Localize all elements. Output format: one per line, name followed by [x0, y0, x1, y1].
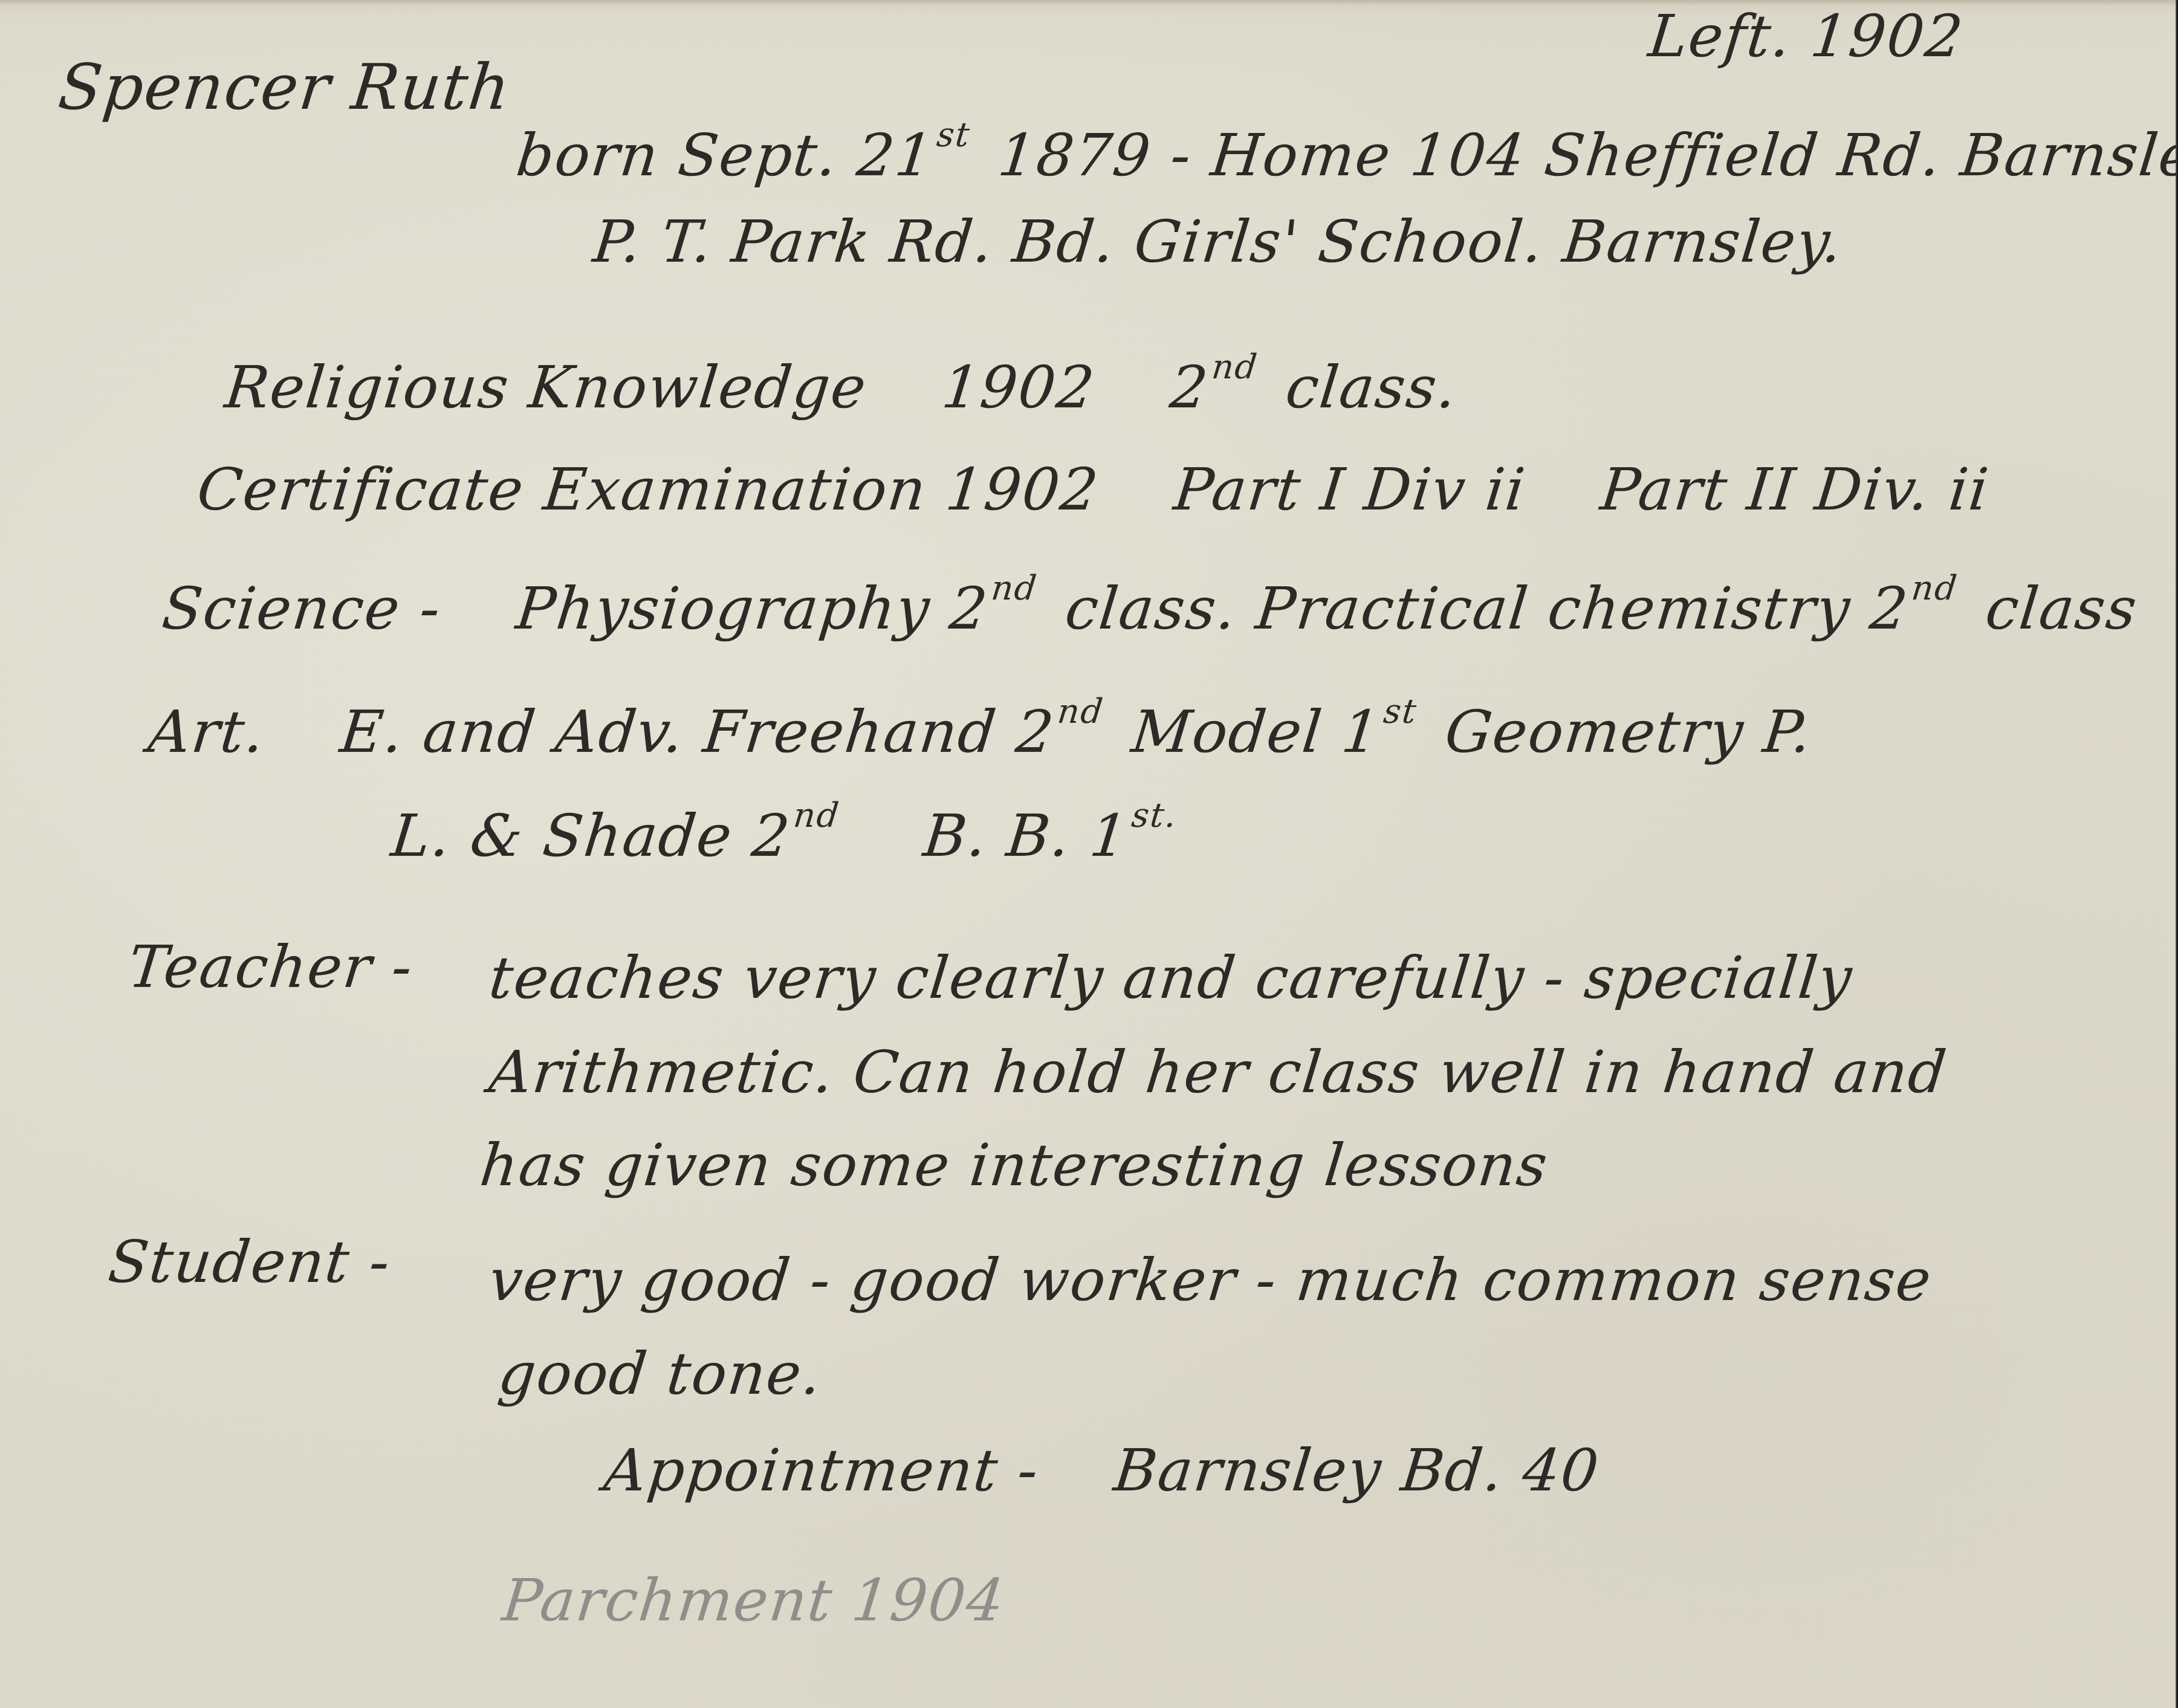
parchment-line: Parchment 1904 [500, 1571, 1008, 1629]
certificate-exam-year: 1902 [942, 456, 1102, 523]
left-label: Left. [1645, 2, 1795, 70]
student-comment-2-text: good tone. [495, 1340, 825, 1408]
science-subject1-grade-text: class. [1062, 575, 1240, 642]
art-model-grade-num: 1 [1338, 698, 1384, 766]
certificate-exam-label: Certificate Examination [194, 456, 930, 523]
art-freehand-grade-num: 2 [1013, 698, 1058, 766]
right-scan-border [2176, 0, 2178, 1708]
teacher-label: Teacher - [126, 938, 416, 996]
left-year: 1902 [1807, 2, 1967, 70]
teacher-comment-line-3: has given some interesting lessons [478, 1136, 1551, 1194]
art-bb-grade-suffix: st. [1130, 796, 1179, 835]
art-shade: L. & Shade [388, 802, 736, 870]
student-comment-line-2: good tone. [496, 1345, 825, 1403]
left-date: Left. 1902 [1646, 7, 1966, 65]
science-subject2: Practical chemistry [1253, 575, 1854, 642]
appointment-line: Appointment - Barnsley Bd. 40 [601, 1441, 1603, 1499]
teacher-comment-line-2: Arithmetic. Can hold her class well in h… [487, 1043, 1950, 1101]
parchment-year: 1904 [849, 1567, 1008, 1634]
art-geometry: Geometry P. [1442, 698, 1815, 766]
home-address: 104 Sheffield Rd. Barnsley [1407, 121, 2178, 189]
religious-knowledge-label: Religious Knowledge [222, 354, 870, 421]
art-shade-grade-num: 2 [749, 802, 794, 870]
teacher-comment-2-text: Arithmetic. Can hold her class well in h… [486, 1038, 1950, 1106]
teacher-label-text: Teacher - [125, 933, 416, 1001]
school-text: P. T. Park Rd. Bd. Girls' School. Barnsl… [590, 208, 1846, 276]
appointment-value: Barnsley Bd. 40 [1111, 1437, 1603, 1504]
science-subject1-grade-num: 2 [947, 575, 992, 642]
religious-knowledge-line: Religious Knowledge 1902 2nd class. [222, 351, 1461, 416]
birth-year: 1879 - [995, 121, 1195, 189]
appointment-label: Appointment - [601, 1437, 1042, 1504]
teacher-comment-3-text: has given some interesting lessons [477, 1131, 1551, 1199]
science-subject2-grade-suffix: nd [1910, 569, 1960, 608]
art-shade-grade-suffix: nd [792, 796, 842, 835]
teacher-comment-1-text: teaches very clearly and carefully - spe… [486, 944, 1856, 1012]
certificate-exam-line: Certificate Examination 1902 Part I Div … [195, 461, 1992, 519]
student-comment-1-text: very good - good worker - much common se… [486, 1246, 1935, 1314]
art-model-grade-suffix: st [1381, 692, 1419, 731]
art-model: Model [1129, 698, 1326, 766]
birth-date-suffix: st [935, 115, 972, 155]
record-card-page: Spencer Ruth Left. 1902 born Sept. 21st … [0, 0, 2178, 1708]
art-line-1: Art. E. and Adv. Freehand 2nd Model 1st … [146, 695, 1816, 761]
science-subject2-grade-num: 2 [1867, 575, 1912, 642]
science-line: Science - Physiography 2nd class. Practi… [160, 572, 2141, 638]
religious-knowledge-year: 1902 [939, 354, 1098, 421]
student-label-text: Student - [105, 1228, 394, 1296]
home-label: Home [1208, 121, 1395, 189]
student-name: Spencer Ruth [56, 56, 514, 118]
art-bb-grade-num: 1 [1087, 802, 1132, 870]
student-comment-line-1: very good - good worker - much common se… [487, 1251, 1935, 1309]
science-subject2-grade-text: class [1983, 575, 2141, 642]
birth-line: born Sept. 21st 1879 - Home 104 Sheffiel… [514, 118, 2178, 184]
science-label: Science - [159, 575, 444, 642]
religious-knowledge-grade-suffix: nd [1210, 348, 1260, 387]
religious-knowledge-grade-text: class. [1283, 354, 1461, 421]
science-subject1: Physiography [513, 575, 934, 642]
birth-date: Sept. 21 [675, 121, 938, 189]
student-name-text: Spencer Ruth [55, 50, 514, 124]
certificate-exam-part1: Part I Div ii [1171, 456, 1529, 523]
art-freehand: E. and Adv. Freehand [337, 698, 1000, 766]
teacher-comment-line-1: teaches very clearly and carefully - spe… [487, 949, 1856, 1007]
art-bb: B. B. [921, 802, 1074, 870]
born-label: born [513, 121, 663, 189]
art-freehand-grade-suffix: nd [1055, 692, 1106, 731]
science-subject1-grade-suffix: nd [990, 569, 1040, 608]
certificate-exam-part2: Part II Div. ii [1598, 456, 1993, 523]
student-label: Student - [106, 1233, 394, 1291]
art-line-2: L. & Shade 2nd B. B. 1st. [389, 799, 1190, 865]
parchment-label: Parchment [499, 1567, 836, 1634]
religious-knowledge-grade-num: 2 [1167, 354, 1212, 421]
school-line: P. T. Park Rd. Bd. Girls' School. Barnsl… [591, 213, 1846, 271]
art-label: Art. [145, 698, 268, 766]
